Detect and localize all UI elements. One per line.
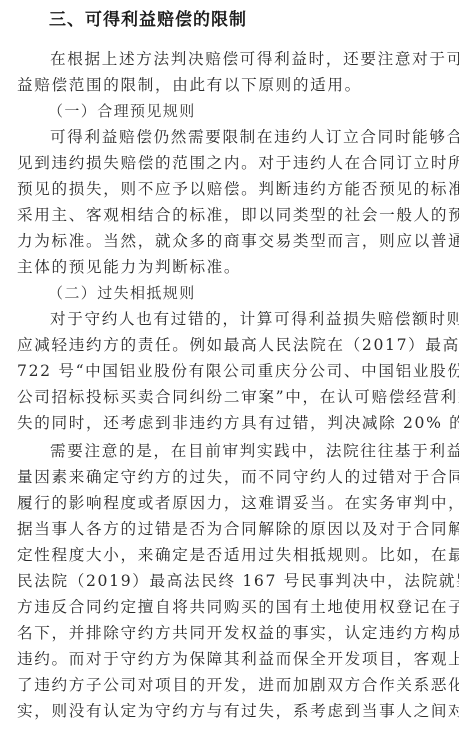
paragraph-line: 失的同时，还考虑到非违约方具有过错，判决减除 20% 的责任。 [17, 413, 459, 433]
paragraph-line: 预见的损失，则不应予以赔偿。判断违约方能否预见的标准，应 [17, 179, 459, 199]
subsection-heading-comparative-fault: （二）过失相抵规则 [48, 283, 196, 303]
paragraph-line: 据当事人各方的过错是否为合同解除的原因以及对于合同解除决 [17, 519, 459, 539]
paragraph-line: 方违反合同约定擅自将共同购买的国有土地使用权登记在子公司 [17, 597, 459, 617]
subsection-heading-foreseeability: （一）合理预见规则 [48, 101, 196, 121]
paragraph-line: 力为标准。当然，就众多的商事交易类型而言，则应以普通商事 [17, 231, 459, 251]
paragraph-line: 名下，并排除守约方共同开发权益的事实，认定违约方构成根本 [17, 623, 459, 643]
paragraph-line: 应减轻违约方的责任。例如最高人民法院在（2017）最高法民终 [17, 335, 459, 355]
paragraph-line: 采用主、客观相结合的标准，即以同类型的社会一般人的预见能 [17, 205, 459, 225]
paragraph-line: 违约。而对于守约方为保障其利益而保全开发项目，客观上延缓 [17, 649, 459, 669]
paragraph-line: 需要注意的是，在目前审判实践中，法院往往基于利益衡 [50, 441, 459, 461]
paragraph-line: 对于守约人也有过错的，计算可得利益损失赔偿额时则应相 [50, 309, 459, 329]
paragraph-line: 定性程度大小，来确定是否适用过失相抵规则。比如，在最高人 [17, 545, 459, 565]
paragraph-line: 主体的预见能力为判断标准。 [17, 257, 241, 277]
paragraph-line: 履行的影响程度或者原因力，这难谓妥当。在实务审判中，应根 [17, 493, 459, 513]
paragraph-line: 量因素来确定守约方的过失，而不同守约人的过错对于合同无法 [17, 467, 459, 487]
paragraph-line: 公司招标投标买卖合同纠纷二审案”中，在认可赔偿经营利益损 [17, 387, 459, 407]
paragraph-line: 见到违约损失赔偿的范围之内。对于违约人在合同订立时所不能 [17, 153, 459, 173]
paragraph-line: 可得利益赔偿仍然需要限制在违约人订立合同时能够合理预 [50, 127, 459, 147]
paragraph-line: 了违约方子公司对项目的开发，进而加剧双方合作关系恶化的事 [17, 675, 459, 695]
section-title: 三、可得利益赔偿的限制 [49, 5, 247, 30]
paragraph-line: 722 号“中国铝业股份有限公司重庆分公司、中国铝业股份有限 [17, 361, 459, 381]
paragraph-line: 实，则没有认定为守约方与有过失，系考虑到当事人之间对于合 [17, 701, 459, 721]
paragraph-line: 在根据上述方法判决赔偿可得利益时，还要注意对于可得利 [50, 49, 459, 69]
paragraph-line: 益赔偿范围的限制，由此有以下原则的适用。 [17, 75, 362, 95]
paragraph-line: 民法院（2019）最高法民终 167 号民事判决中，法院就鉴于违约 [17, 571, 459, 591]
